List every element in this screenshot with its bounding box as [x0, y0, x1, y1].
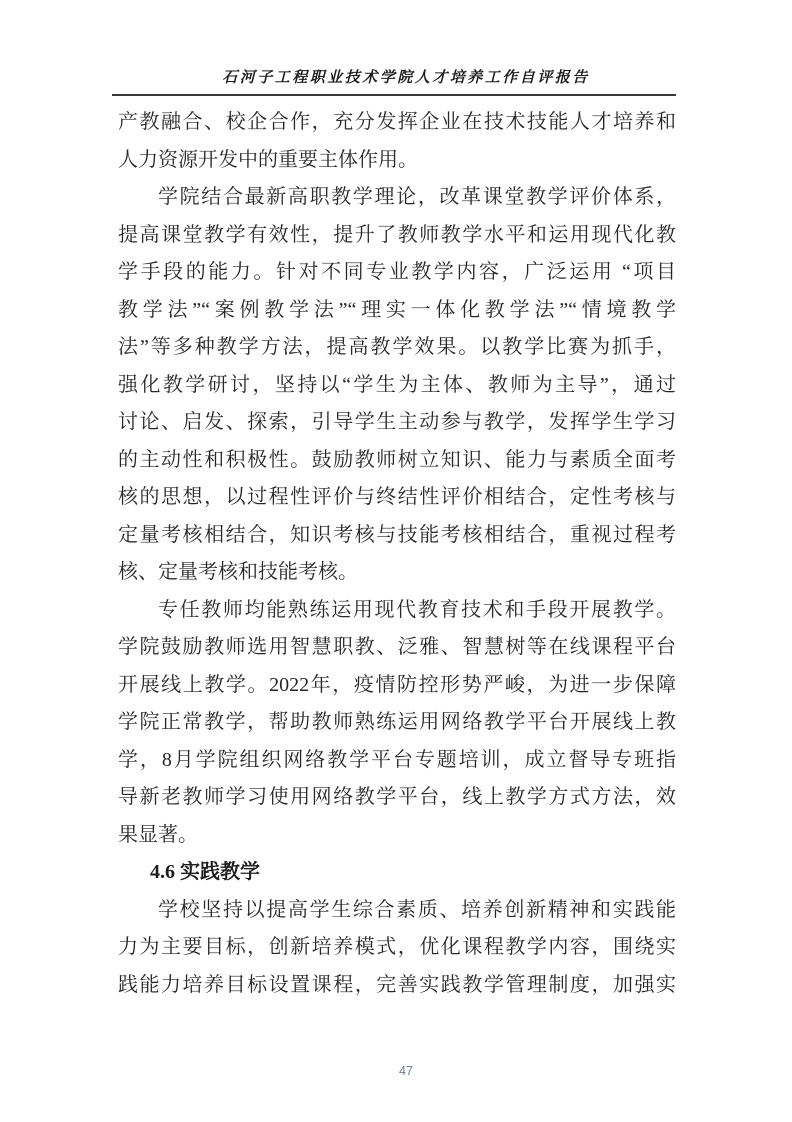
text-line: 人力资源开发中的重要主体作用。 [118, 142, 676, 180]
text-line: 定量考核相结合，知识考核与技能考核相结合，重视过程考 [118, 517, 676, 555]
header-rule [112, 94, 676, 96]
text-line: 核、定量考核和技能考核。 [118, 554, 676, 592]
text-line: 学院鼓励教师选用智慧职教、泛雅、智慧树等在线课程平台 [118, 629, 676, 667]
text-line: 专任教师均能熟练运用现代教育技术和手段开展教学。 [118, 592, 676, 630]
text-line: 力为主要目标，创新培养模式，优化课程教学内容，围绕实 [118, 929, 676, 967]
document-page: 石河子工程职业技术学院人才培养工作自评报告 产教融合、校企合作，充分发挥企业在技… [0, 0, 792, 1122]
paragraph: 学校坚持以提高学生综合素质、培养创新精神和实践能 力为主要目标，创新培养模式，优… [118, 892, 676, 1005]
text-line: 导新老教师学习使用网络教学平台，线上教学方式方法，效 [118, 779, 676, 817]
text-line: 学院正常教学，帮助教师熟练运用网络教学平台开展线上教 [118, 704, 676, 742]
header-title: 石河子工程职业技术学院人才培养工作自评报告 [222, 70, 590, 86]
text-line: 强化教学研讨，坚持以“学生为主体、教师为主导”，通过 [118, 367, 676, 405]
text-line: 践能力培养目标设置课程，完善实践教学管理制度，加强实 [118, 967, 676, 1005]
text-line: 讨论、启发、探索，引导学生主动参与教学，发挥学生学习 [118, 404, 676, 442]
page-number: 47 [399, 1064, 413, 1078]
text-line: 法”等多种教学方法，提高教学效果。以教学比赛为抓手， [118, 329, 676, 367]
text-line: 学校坚持以提高学生综合素质、培养创新精神和实践能 [118, 892, 676, 930]
text-line: 的主动性和积极性。鼓励教师树立知识、能力与素质全面考 [118, 442, 676, 480]
paragraph: 学院结合最新高职教学理论，改革课堂教学评价体系， 提高课堂教学有效性，提升了教师… [118, 179, 676, 592]
text-line: 产教融合、校企合作，充分发挥企业在技术技能人才培养和 [118, 104, 676, 142]
text-line: 果显著。 [118, 817, 676, 855]
page-footer: 47 [118, 1062, 694, 1080]
text-line: 教学法”“案例教学法”“理实一体化教学法”“情境教学 [118, 292, 676, 330]
text-line: 开展线上教学。2022年，疫情防控形势严峻，为进一步保障 [118, 667, 676, 705]
running-header: 石河子工程职业技术学院人才培养工作自评报告 [118, 66, 694, 87]
text-line: 核的思想，以过程性评价与终结性评价相结合，定性考核与 [118, 479, 676, 517]
text-line: 学手段的能力。针对不同专业教学内容，广泛运用 “项目 [118, 254, 676, 292]
page-body: 产教融合、校企合作，充分发挥企业在技术技能人才培养和 人力资源开发中的重要主体作… [118, 104, 676, 1004]
section-heading: 4.6 实践教学 [118, 854, 676, 892]
paragraph: 专任教师均能熟练运用现代教育技术和手段开展教学。 学院鼓励教师选用智慧职教、泛雅… [118, 592, 676, 855]
text-line: 学，8月学院组织网络教学平台专题培训，成立督导专班指 [118, 742, 676, 780]
paragraph-continuation: 产教融合、校企合作，充分发挥企业在技术技能人才培养和 人力资源开发中的重要主体作… [118, 104, 676, 179]
text-line: 学院结合最新高职教学理论，改革课堂教学评价体系， [118, 179, 676, 217]
text-line: 提高课堂教学有效性，提升了教师教学水平和运用现代化教 [118, 217, 676, 255]
